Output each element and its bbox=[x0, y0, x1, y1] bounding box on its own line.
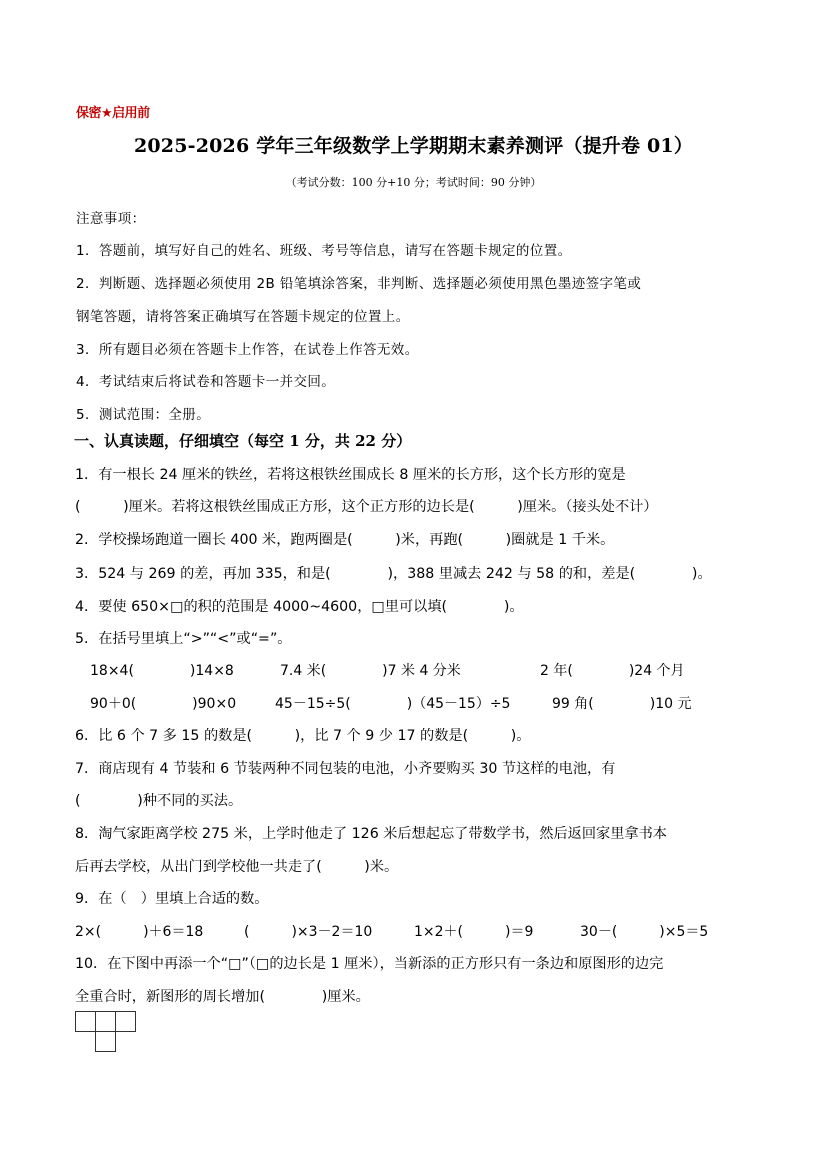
compare-5: 45－15÷5( )（45－15）÷5 bbox=[275, 693, 510, 713]
question-9: 9．在（ ）里填上合适的数。 bbox=[75, 888, 268, 908]
exam-info: （考试分数：100 分+10 分；考试时间：90 分钟） bbox=[0, 174, 827, 190]
question-10: 10．在下图中再添一个“□”（□的边长是 1 厘米），当新添的正方形只有一条边和… bbox=[75, 953, 663, 973]
question-8-cont: 后再去学校，从出门到学校他一共走了( )米。 bbox=[75, 856, 398, 876]
fill-equation-3: 1×2＋( )＝9 bbox=[414, 921, 533, 941]
question-3: 3．524 与 269 的差，再加 335，和是( )，388 里减去 242 … bbox=[75, 563, 712, 583]
compare-3: 2 年( )24 个月 bbox=[540, 660, 685, 680]
fill-equation-1: 2×( )＋6＝18 bbox=[75, 921, 203, 941]
compare-2: 7.4 米( )7 米 4 分米 bbox=[280, 660, 461, 680]
question-2: 2．学校操场跑道一圈长 400 米，跑两圈是( )米，再跑( )圈就是 1 千米… bbox=[75, 529, 614, 549]
question-6: 6．比 6 个 7 多 15 的数是( )，比 7 个 9 少 17 的数是( … bbox=[75, 725, 530, 745]
question-1: 1．有一根长 24 厘米的铁丝，若将这根铁丝围成长 8 厘米的长方形，这个长方形… bbox=[75, 464, 626, 484]
question-1-cont: ( )厘米。若将这根铁丝围成正方形，这个正方形的边长是( )厘米。（接头处不计） bbox=[75, 496, 658, 516]
notice-item-3: 3．所有题目必须在答题卡上作答，在试卷上作答无效。 bbox=[76, 338, 419, 358]
t-shape-figure bbox=[75, 1011, 137, 1053]
compare-4: 90＋0( )90×0 bbox=[90, 693, 236, 713]
question-7-cont: ( )种不同的买法。 bbox=[75, 790, 242, 810]
figure-square bbox=[95, 1031, 116, 1052]
question-4: 4．要使 650×□的积的范围是 4000~4600，□里可以填( )。 bbox=[75, 596, 524, 616]
notice-item-5: 5．测试范围：全册。 bbox=[76, 403, 210, 423]
section-heading: 一、认真读题，仔细填空（每空 1 分，共 22 分） bbox=[74, 430, 411, 451]
figure-square bbox=[95, 1011, 116, 1032]
confidential-label: 保密★启用前 bbox=[76, 102, 150, 121]
figure-square bbox=[75, 1011, 96, 1032]
question-8: 8．淘气家距离学校 275 米，上学时他走了 126 米后想起忘了带数学书，然后… bbox=[75, 823, 667, 843]
compare-6: 99 角( )10 元 bbox=[552, 693, 691, 713]
notice-item-1: 1．答题前，填写好自己的姓名、班级、考号等信息，请写在答题卡规定的位置。 bbox=[76, 239, 572, 259]
notice-heading: 注意事项： bbox=[76, 207, 146, 227]
notice-item-2-cont: 钢笔答题，请将答案正确填写在答题卡规定的位置上。 bbox=[76, 305, 410, 325]
question-10-cont: 全重合时，新图形的周长增加( )厘米。 bbox=[75, 986, 370, 1006]
notice-item-2: 2．判断题、选择题必须使用 2B 铅笔填涂答案，非判断、选择题必须使用黑色墨迹签… bbox=[76, 272, 641, 292]
notice-item-4: 4．考试结束后将试卷和答题卡一并交回。 bbox=[76, 370, 335, 390]
fill-equation-2: ( )×3－2＝10 bbox=[244, 921, 372, 941]
question-5: 5．在括号里填上“>”“<”或“=”。 bbox=[75, 628, 291, 648]
page-title: 2025-2026 学年三年级数学上学期期末素养测评（提升卷 01） bbox=[0, 131, 827, 158]
fill-equation-4: 30－( )×5＝5 bbox=[580, 921, 708, 941]
compare-1: 18×4( )14×8 bbox=[90, 660, 234, 680]
question-7: 7．商店现有 4 节装和 6 节装两种不同包装的电池，小齐要购买 30 节这样的… bbox=[75, 758, 615, 778]
figure-square bbox=[115, 1011, 136, 1032]
